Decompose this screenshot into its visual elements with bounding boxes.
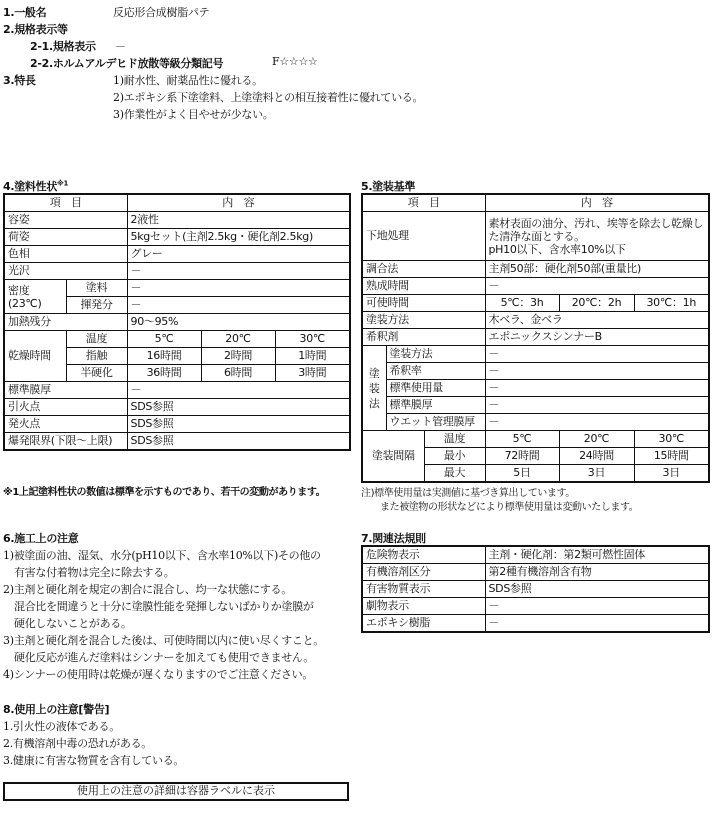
row-value: － (485, 598, 709, 615)
row-value: SDS参照 (485, 581, 709, 598)
row-value: 主剤50部：硬化剤50部(重量比) (485, 261, 709, 278)
header-content: 内 容 (485, 194, 709, 212)
row-value: 90～95% (127, 314, 350, 331)
section-title-usage-warning: 8.使用上の注意[警告] (3, 701, 109, 717)
precaution-line: 混合比を間違うと十分に塗膜性能を発揮しないばかりか塗膜が (14, 598, 314, 614)
time-cell: 3時間 (275, 365, 350, 382)
row-value: 第2種有機溶剤含有物 (485, 564, 709, 581)
standard-label: 2.規格表示等 (3, 21, 68, 37)
table-row: 可使時間5℃：3h20℃：2h30℃：1h (362, 295, 709, 312)
table-header-row: 項 目内 容 (362, 194, 709, 212)
table-row: 調合法主剤50部：硬化剤50部(重量比) (362, 261, 709, 278)
row-value: 主剤・硬化剤：第2類可燃性固体 (485, 546, 709, 564)
time-cell: 2時間 (201, 348, 275, 365)
container-label-note-box: 使用上の注意の詳細は容器ラベルに表示 (3, 782, 349, 801)
row-value: － (485, 278, 709, 295)
row-label: 引火点 (4, 399, 127, 416)
table-row: 劇物表示－ (362, 598, 709, 615)
regulations-table: 危険物表示主剤・硬化剤：第2類可燃性固体 有機溶剤区分第2種有機溶剤含有物 有害… (361, 545, 710, 633)
table-row: 標準膜厚－ (4, 382, 350, 399)
row-label: 下地処理 (362, 212, 485, 261)
precaution-line: 1)被塗面の油、湿気、水分(pH10以下、含水率10%以下)その他の (3, 547, 321, 563)
time-cell: 3日 (559, 465, 634, 483)
semi-cure-label: 半硬化 (66, 365, 127, 382)
time-cell: 6時間 (201, 365, 275, 382)
potlife-cell: 30℃：1h (634, 295, 709, 312)
table-row: 有害物質表示SDS参照 (362, 581, 709, 598)
time-cell: 16時間 (127, 348, 201, 365)
table-header-row: 項 目内 容 (4, 194, 350, 212)
header-item: 項 目 (362, 194, 485, 212)
temp-cell: 5℃ (127, 331, 201, 348)
row-label: エポキシ樹脂 (362, 615, 485, 633)
substrate-value: 素材表面の油分、汚れ、埃等を除去し乾燥した清浄な面とする。pH10以下、含水率1… (485, 212, 709, 261)
temp-label: 温度 (424, 431, 485, 448)
precaution-line: 有害な付着物は完全に除去する。 (14, 564, 175, 580)
feature-item: 3)作業性がよく目やせが少ない。 (113, 106, 274, 122)
recoat-interval-label: 塗装間隔 (362, 431, 424, 483)
time-cell: 15時間 (634, 448, 709, 465)
precaution-line: 2)主剤と硬化剤を規定の割合に混合し、均一な状態にする。 (3, 581, 292, 597)
warning-item: 3.健康に有害な物質を含有している。 (3, 752, 184, 768)
table-row: 容姿2液性 (4, 212, 350, 229)
table-row: 下地処理素材表面の油分、汚れ、埃等を除去し乾燥した清浄な面とする。pH10以下、… (362, 212, 709, 261)
row-label: 希釈剤 (362, 329, 485, 346)
precaution-line: 3)主剤と硬化剤を混合した後は、可使時間以内に使い尽くすこと。 (3, 632, 324, 648)
row-value: － (485, 414, 709, 431)
general-name-label: 1.一般名 (3, 4, 46, 20)
table-row: 密度(23℃)塗料－ (4, 280, 350, 297)
potlife-cell: 5℃：3h (485, 295, 559, 312)
coating-note: また被塗物の形状などにより標準使用量は変動いたします。 (380, 498, 638, 513)
density-volatile-label: 揮発分 (66, 297, 127, 314)
max-label: 最大 (424, 465, 485, 483)
min-label: 最小 (424, 448, 485, 465)
row-value: 5kgセット(主剤2.5kg・硬化剤2.5kg) (127, 229, 350, 246)
row-label: 標準使用量 (386, 380, 485, 397)
row-label: 塗装方法 (362, 312, 485, 329)
warning-item: 2.有機溶剤中毒の恐れがある。 (3, 735, 152, 751)
row-value: 2液性 (127, 212, 350, 229)
section-title-application-precautions: 6.施工上の注意 (3, 530, 78, 546)
row-label: 標準膜厚 (4, 382, 127, 399)
row-label: 調合法 (362, 261, 485, 278)
table-row: 塗装法塗装方法－ (362, 346, 709, 363)
temp-cell: 20℃ (559, 431, 634, 448)
table-row: 有機溶剤区分第2種有機溶剤含有物 (362, 564, 709, 581)
row-label: ウエット管理膜厚 (386, 414, 485, 431)
row-label: 加熱残分 (4, 314, 127, 331)
table-row: エポキシ樹脂－ (362, 615, 709, 633)
coating-note: 注)標準使用量は実測値に基づき算出しています。 (361, 484, 575, 499)
table-row: 塗装方法木ベラ、金ベラ (362, 312, 709, 329)
row-value: － (485, 380, 709, 397)
density-paint-label: 塗料 (66, 280, 127, 297)
feature-item: 1)耐水性、耐薬品性に優れる。 (113, 72, 263, 88)
row-value: SDS参照 (127, 416, 350, 433)
touch-dry-label: 指触 (66, 348, 127, 365)
table-row: 加熱残分90～95% (4, 314, 350, 331)
row-label: 光沢 (4, 263, 127, 280)
table-row: 色相グレー (4, 246, 350, 263)
row-value: － (127, 263, 350, 280)
section-title-regulations: 7.関連法規則 (361, 530, 426, 546)
table-row: 熟成時間－ (362, 278, 709, 295)
paint-properties-table: 項 目内 容 容姿2液性 荷姿5kgセット(主剤2.5kg・硬化剤2.5kg) … (3, 193, 351, 451)
time-cell: 36時間 (127, 365, 201, 382)
temp-cell: 30℃ (634, 431, 709, 448)
row-label: 希釈率 (386, 363, 485, 380)
row-label: 標準膜厚 (386, 397, 485, 414)
row-value: － (127, 297, 350, 314)
table-row: 塗装間隔温度5℃20℃30℃ (362, 431, 709, 448)
row-value: － (485, 397, 709, 414)
coating-standard-table: 項 目内 容 下地処理素材表面の油分、汚れ、埃等を除去し乾燥した清浄な面とする。… (361, 193, 710, 483)
precaution-line: 硬化しないことがある。 (14, 615, 132, 631)
paint-properties-footnote: ※1上記塗料性状の数値は標準を示すものであり、若干の変動があります。 (3, 483, 325, 498)
row-value: エポニックスシンナーB (485, 329, 709, 346)
table-row: 荷姿5kgセット(主剤2.5kg・硬化剤2.5kg) (4, 229, 350, 246)
standard-sub1-value: － (115, 38, 126, 54)
coating-method-group-label: 塗装法 (362, 346, 386, 431)
row-label: 色相 (4, 246, 127, 263)
table-row: ウエット管理膜厚－ (362, 414, 709, 431)
drying-time-label: 乾燥時間 (4, 331, 66, 382)
standard-sub1-label: 2-1.規格表示 (30, 38, 96, 54)
row-label: 危険物表示 (362, 546, 485, 564)
section-title-coating-standard: 5.塗装基準 (361, 178, 415, 194)
row-label: 熟成時間 (362, 278, 485, 295)
table-row: 危険物表示主剤・硬化剤：第2類可燃性固体 (362, 546, 709, 564)
row-value: グレー (127, 246, 350, 263)
row-label: 容姿 (4, 212, 127, 229)
row-value: 木ベラ、金ベラ (485, 312, 709, 329)
row-label: 爆発限界(下限～上限) (4, 433, 127, 451)
potlife-cell: 20℃：2h (559, 295, 634, 312)
header-item: 項 目 (4, 194, 127, 212)
formaldehyde-label: 2-2.ホルムアルデヒド放散等級分類記号 (30, 55, 223, 71)
row-label: 劇物表示 (362, 598, 485, 615)
general-name-value: 反応形合成樹脂パテ (113, 4, 209, 20)
time-cell: 24時間 (559, 448, 634, 465)
temp-cell: 5℃ (485, 431, 559, 448)
time-cell: 3日 (634, 465, 709, 483)
row-value: － (127, 382, 350, 399)
section-title-paint-properties: 4.塗料性状※1 (3, 178, 68, 194)
row-label: 荷姿 (4, 229, 127, 246)
row-label: 有機溶剤区分 (362, 564, 485, 581)
row-value: － (485, 615, 709, 633)
row-value: － (485, 363, 709, 380)
features-label: 3.特長 (3, 72, 36, 88)
formaldehyde-value: F☆☆☆☆ (272, 55, 318, 68)
row-label: 発火点 (4, 416, 127, 433)
table-row: 引火点SDS参照 (4, 399, 350, 416)
table-row: 標準膜厚－ (362, 397, 709, 414)
row-label: 可使時間 (362, 295, 485, 312)
time-cell: 72時間 (485, 448, 559, 465)
header-content: 内 容 (127, 194, 350, 212)
time-cell: 1時間 (275, 348, 350, 365)
row-value: － (485, 346, 709, 363)
row-value: － (127, 280, 350, 297)
row-value: SDS参照 (127, 399, 350, 416)
warning-item: 1.引火性の液体である。 (3, 718, 120, 734)
precaution-line: 4)シンナーの使用時は乾燥が遅くなりますのでご注意ください。 (3, 666, 313, 682)
feature-item: 2)エポキシ系下塗塗料、上塗塗料との相互接着性に優れている。 (113, 89, 423, 105)
table-row: 標準使用量－ (362, 380, 709, 397)
row-label: 有害物質表示 (362, 581, 485, 598)
table-row: 発火点SDS参照 (4, 416, 350, 433)
table-row: 爆発限界(下限～上限)SDS参照 (4, 433, 350, 451)
table-row: 希釈剤エポニックスシンナーB (362, 329, 709, 346)
precaution-line: 硬化反応が進んだ塗料はシンナーを加えても使用できません。 (14, 649, 314, 665)
temp-cell: 30℃ (275, 331, 350, 348)
row-label: 塗装方法 (386, 346, 485, 363)
table-row: 希釈率－ (362, 363, 709, 380)
table-row: 乾燥時間温度5℃20℃30℃ (4, 331, 350, 348)
density-label: 密度(23℃) (4, 280, 66, 314)
temp-cell: 20℃ (201, 331, 275, 348)
temp-label: 温度 (66, 331, 127, 348)
time-cell: 5日 (485, 465, 559, 483)
table-row: 光沢－ (4, 263, 350, 280)
row-value: SDS参照 (127, 433, 350, 451)
